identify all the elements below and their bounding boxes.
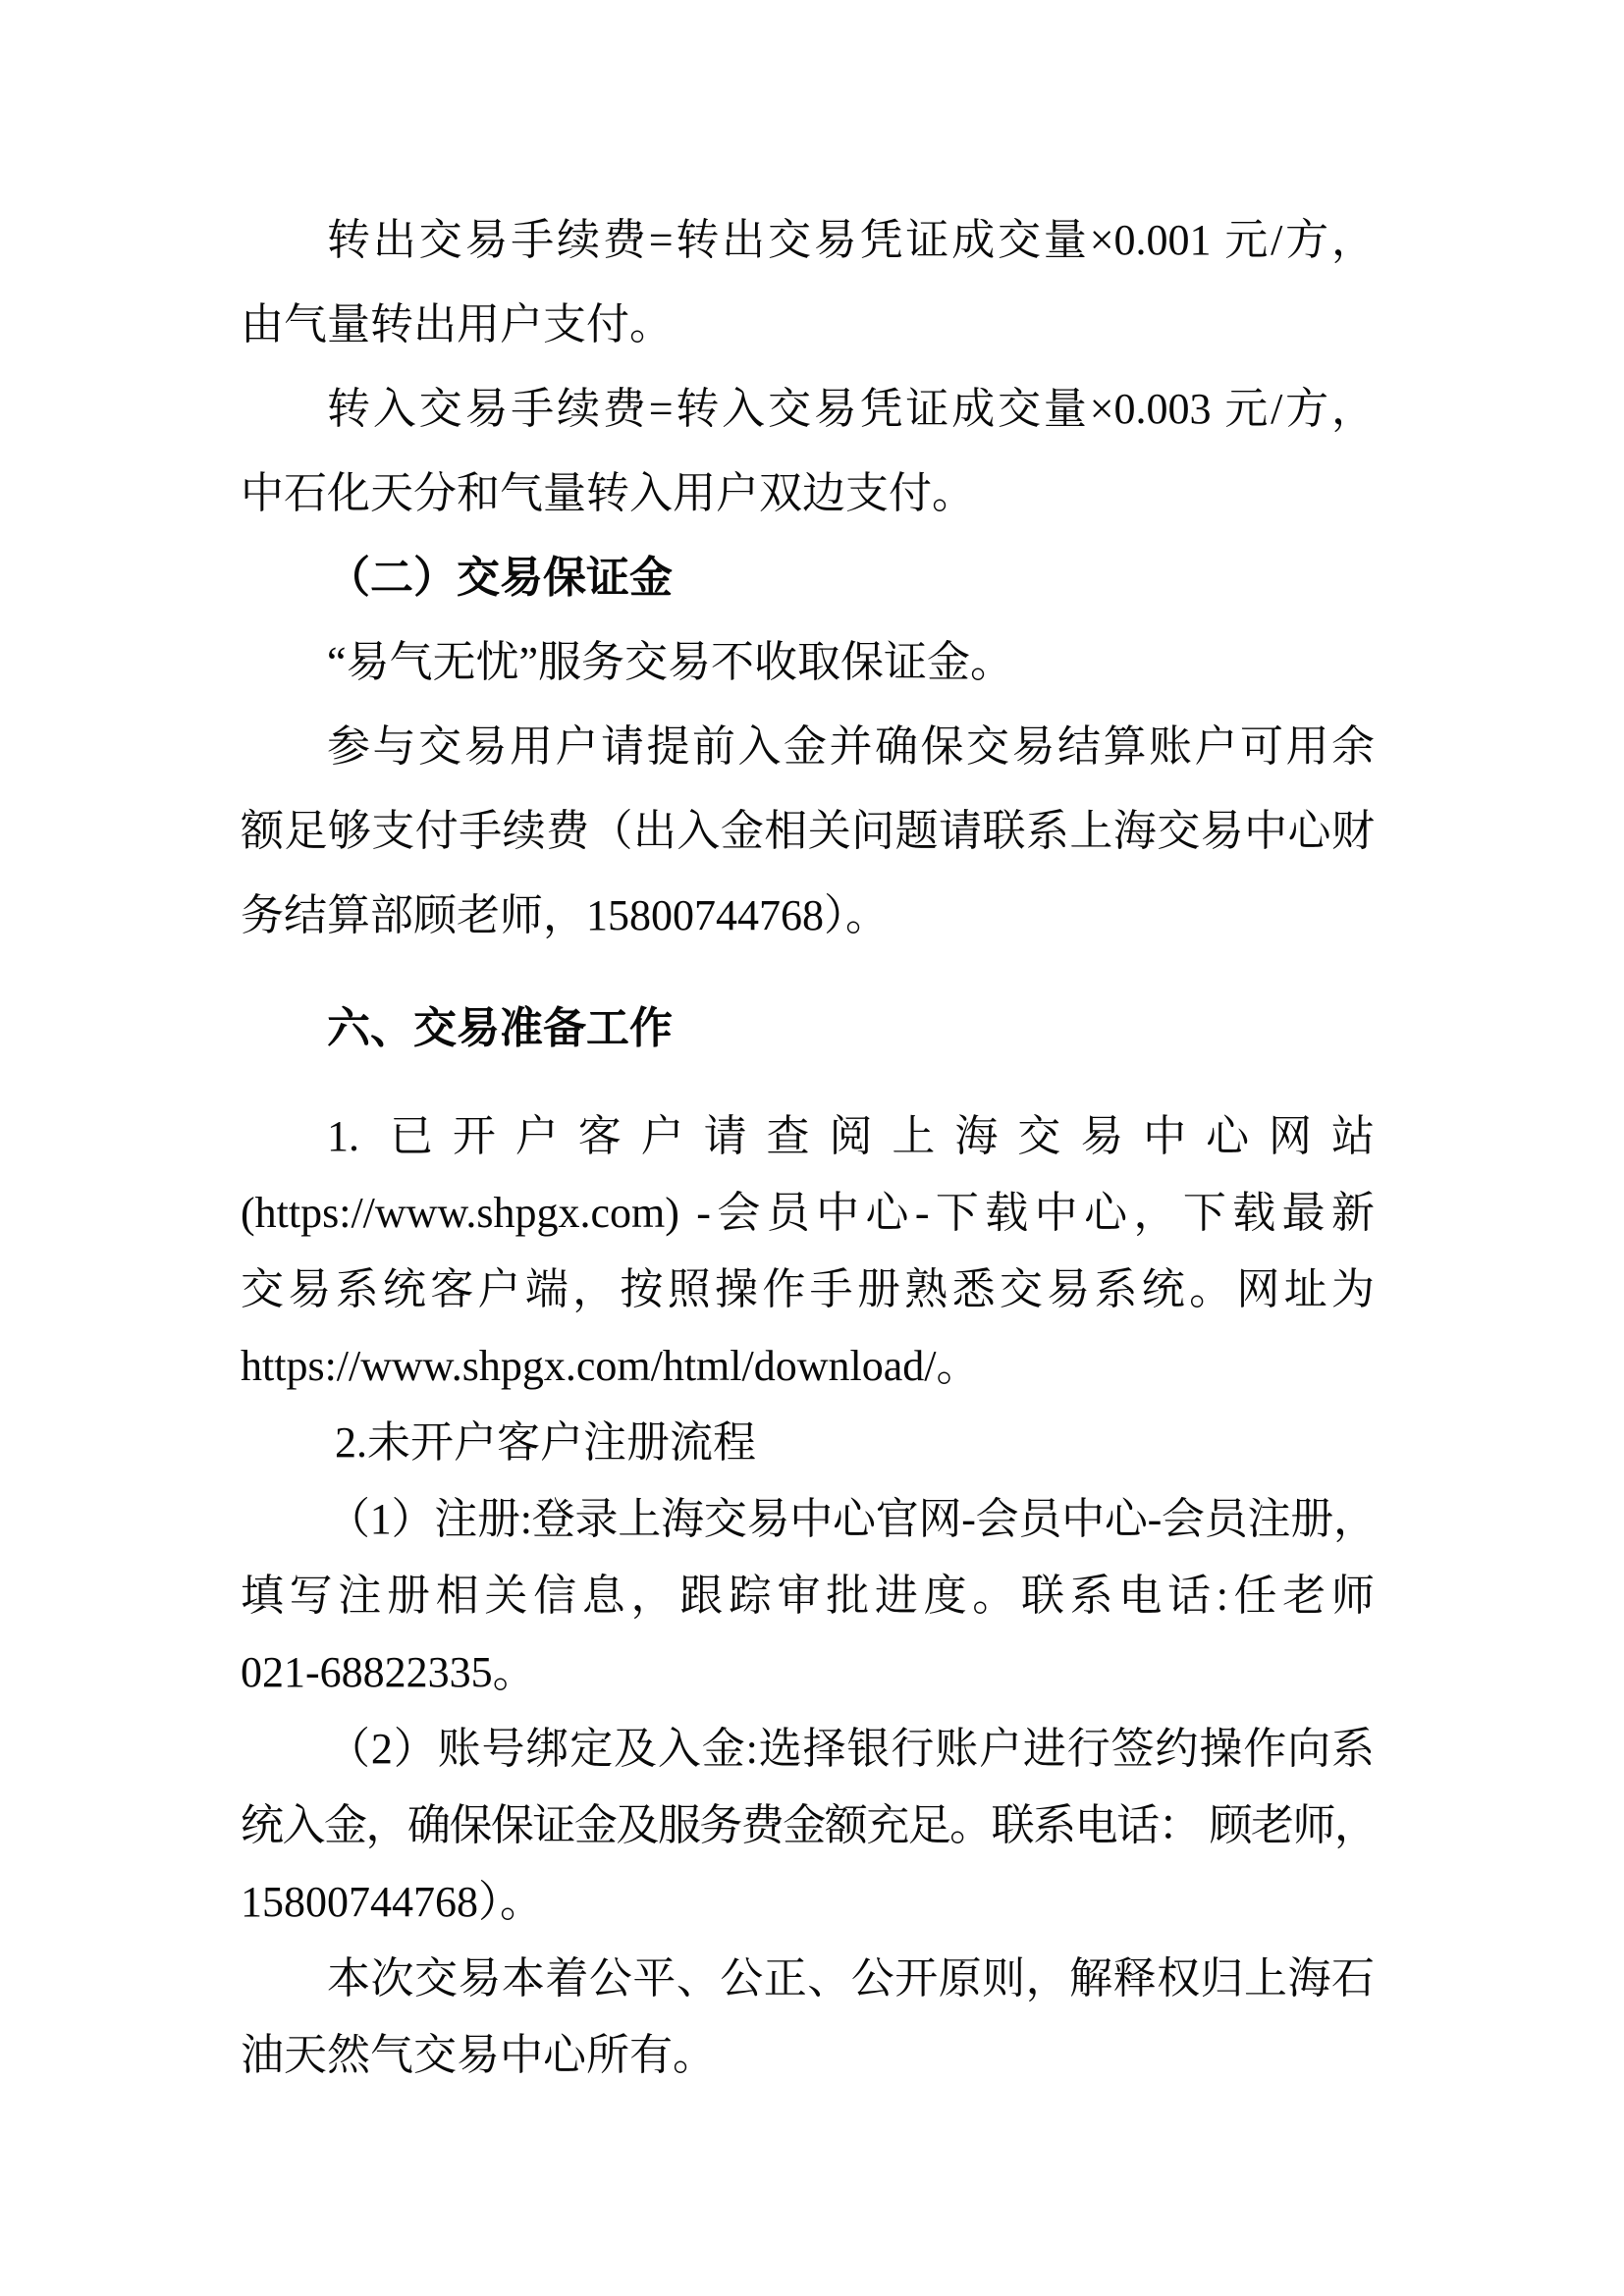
- doc-line-binding-step-1: （2）账号绑定及入金:选择银行账户进行签约操作向系: [241, 1711, 1375, 1788]
- doc-line-principle-1: 本次交易本着公平、公正、公开原则，解释权归上海石: [241, 1941, 1375, 2017]
- doc-line-new-client-flow: 2.未开户客户注册流程: [241, 1405, 1375, 1481]
- section-heading-margin: （二）交易保证金: [241, 536, 1375, 620]
- doc-line-deposit-1: 参与交易用户请提前入金并确保交易结算账户可用余: [241, 705, 1375, 789]
- document-page: 转出交易手续费=转出交易凭证成交量×0.001 元/方， 由气量转出用户支付。 …: [0, 0, 1624, 2296]
- doc-line-no-margin-required: “易气无忧”服务交易不收取保证金。: [241, 620, 1375, 705]
- doc-line-registered-3: 交易系统客户端，按照操作手册熟悉交易系统。网址为: [241, 1252, 1375, 1328]
- doc-line-deposit-3: 务结算部顾老师，15800744768）。: [241, 874, 1375, 958]
- doc-line-registered-1: 1. 已开户客户请查阅上海交易中心网站: [241, 1098, 1375, 1175]
- doc-line-fee-out-formula: 转出交易手续费=转出交易凭证成交量×0.001 元/方，: [241, 198, 1375, 283]
- doc-line-principle-2: 油天然气交易中心所有。: [241, 2017, 1375, 2094]
- doc-line-deposit-2: 额足够支付手续费（出入金相关问题请联系上海交易中心财: [241, 789, 1375, 874]
- doc-line-fee-in-formula: 转入交易手续费=转入交易凭证成交量×0.003 元/方，: [241, 367, 1375, 452]
- document-body: 转出交易手续费=转出交易凭证成交量×0.001 元/方， 由气量转出用户支付。 …: [241, 198, 1375, 2094]
- doc-line-fee-out-payer: 由气量转出用户支付。: [241, 283, 1375, 367]
- doc-line-register-phone: 021-68822335。: [241, 1634, 1375, 1711]
- doc-line-registered-2: (https://www.shpgx.com) -会员中心-下载中心，下载最新: [241, 1175, 1375, 1252]
- doc-line-binding-phone: 15800744768）。: [241, 1864, 1375, 1941]
- doc-line-binding-step-2: 统入金，确保保证金及服务费金额充足。联系电话： 顾老师，: [241, 1788, 1375, 1864]
- doc-line-fee-in-payer: 中石化天分和气量转入用户双边支付。: [241, 452, 1375, 536]
- doc-line-register-step-1: （1）注册:登录上海交易中心官网-会员中心-会员注册，: [241, 1481, 1375, 1558]
- doc-line-register-step-2: 填写注册相关信息，跟踪审批进度。联系电话:任老师: [241, 1558, 1375, 1634]
- doc-line-download-url: https://www.shpgx.com/html/download/。: [241, 1328, 1375, 1405]
- section-heading-preparation: 六、交易准备工作: [241, 987, 1375, 1071]
